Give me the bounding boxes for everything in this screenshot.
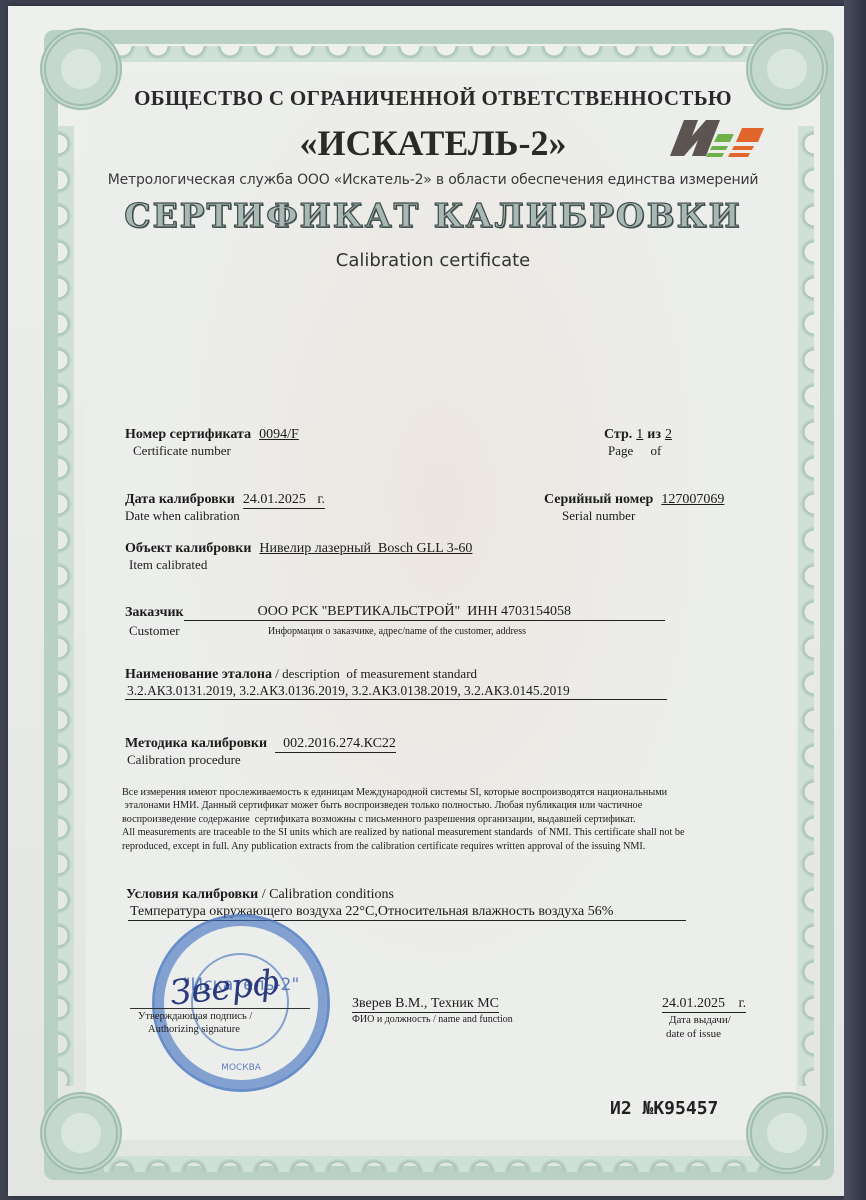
conditions-label-en: / Calibration conditions <box>258 887 394 902</box>
traceability-line: эталонами НМИ. Данный сертификат может б… <box>122 799 782 812</box>
procedure-field: Методика калибровки 002.2016.274.КС22 <box>125 734 396 753</box>
standard-label-en: / description of measurement standard <box>272 666 477 681</box>
page-label-en: Page of <box>608 443 661 459</box>
border-scallop-top <box>104 46 784 62</box>
traceability-line: воспроизведение содержание сертификата в… <box>122 813 782 826</box>
corner-ornament-bottom-left <box>40 1092 122 1174</box>
item-label: Объект калибровки <box>125 541 251 556</box>
certificate-title-en: Calibration certificate <box>0 250 866 271</box>
serial-number-label: Серийный номер <box>544 492 653 507</box>
page-field: Стр. 1 из 2 <box>604 425 672 443</box>
page-total: 2 <box>665 427 672 442</box>
procedure-label: Методика калибровки <box>125 736 267 751</box>
border-scallop-bottom <box>104 1156 784 1172</box>
traceability-line: reproduced, except in full. Any publicat… <box>122 840 782 853</box>
calibration-date-value-group: 24.01.2025 г. <box>243 492 325 509</box>
procedure-value: 002.2016.274.КС22 <box>275 736 396 753</box>
issue-date-suffix: г. <box>739 996 747 1011</box>
calibration-date-suffix: г. <box>317 492 325 507</box>
page-of-label: из <box>647 427 661 442</box>
issue-date-label-ru: Дата выдачи/ <box>669 1014 731 1026</box>
calibration-date-label-en: Date when calibration <box>125 508 240 524</box>
customer-field: Заказчик ООО РСК "ВЕРТИКАЛЬСТРОЙ" ИНН 47… <box>125 604 665 621</box>
issue-date-label-en: date of issue <box>666 1028 721 1040</box>
traceability-line: Все измерения имеют прослеживаемость к е… <box>122 786 782 799</box>
standard-value: 3.2.АКЗ.0131.2019, 3.2.АКЗ.0136.2019, 3.… <box>125 683 667 700</box>
serial-number-field: Серийный номер 127007069 <box>544 490 724 508</box>
conditions-field: Условия калибровки / Calibration conditi… <box>126 885 394 903</box>
organization-type: ОБЩЕСТВО С ОГРАНИЧЕННОЙ ОТВЕТСТВЕННОСТЬЮ <box>0 86 866 111</box>
page-label: Стр. <box>604 427 632 442</box>
corner-ornament-bottom-right <box>746 1092 828 1174</box>
customer-label: Заказчик <box>125 605 184 621</box>
page-en: Page <box>608 443 633 458</box>
standard-label: Наименование эталона <box>125 667 272 682</box>
traceability-statement: Все измерения имеют прослеживаемость к е… <box>122 786 782 853</box>
signer-name: Зверев В.М., Техник МС <box>352 996 499 1013</box>
signer-label: ФИО и должность / name and function <box>352 1014 513 1025</box>
seal-city-text: МОСКВА <box>155 1063 327 1073</box>
certificate-number-label-en: Certificate number <box>133 443 231 459</box>
issue-date-field: 24.01.2025 г. <box>662 996 746 1013</box>
iskatel-logo-icon <box>668 116 772 160</box>
customer-value: ООО РСК "ВЕРТИКАЛЬСТРОЙ" ИНН 4703154058 <box>184 604 665 621</box>
of-en: of <box>651 443 662 458</box>
customer-label-en: Customer <box>129 623 180 639</box>
certificate-title: СЕРТИФИКАТ КАЛИБРОВКИ <box>0 196 866 235</box>
calibration-date-value: 24.01.2025 <box>243 492 306 507</box>
form-serial-number: И2 №К95457 <box>610 1098 718 1119</box>
customer-hint: Информация о заказчике, адрес/name of th… <box>268 626 526 637</box>
certificate-number-field: Номер сертификата 0094/F <box>125 425 299 443</box>
standard-field: Наименование эталона / description of me… <box>125 665 477 683</box>
procedure-label-en: Calibration procedure <box>127 752 241 768</box>
serial-number-label-en: Serial number <box>562 508 635 524</box>
signature-label-en: Authorizing signature <box>148 1024 240 1035</box>
traceability-line: All measurements are traceable to the SI… <box>122 826 782 839</box>
certificate-number-label: Номер сертификата <box>125 427 251 442</box>
item-label-en: Item calibrated <box>129 557 207 573</box>
issue-date-value-group: 24.01.2025 г. <box>662 996 746 1013</box>
item-value: Нивелир лазерный Bosch GLL 3-60 <box>259 541 472 556</box>
signature-label-ru: Утверждающая подпись / <box>138 1011 252 1022</box>
certificate-number-value: 0094/F <box>259 427 299 442</box>
conditions-label: Условия калибровки <box>126 887 258 902</box>
signer-value: Зверев В.М., Техник МС <box>352 996 499 1013</box>
page-current: 1 <box>636 427 643 442</box>
serial-number-value: 127007069 <box>661 492 724 507</box>
calibration-date-label: Дата калибровки <box>125 492 235 507</box>
issue-date-value: 24.01.2025 <box>662 996 725 1011</box>
metrology-service-subtitle: Метрологическая служба ООО «Искатель-2» … <box>0 172 866 188</box>
item-field: Объект калибровки Нивелир лазерный Bosch… <box>125 539 472 557</box>
calibration-date-field: Дата калибровки 24.01.2025 г. <box>125 490 325 509</box>
